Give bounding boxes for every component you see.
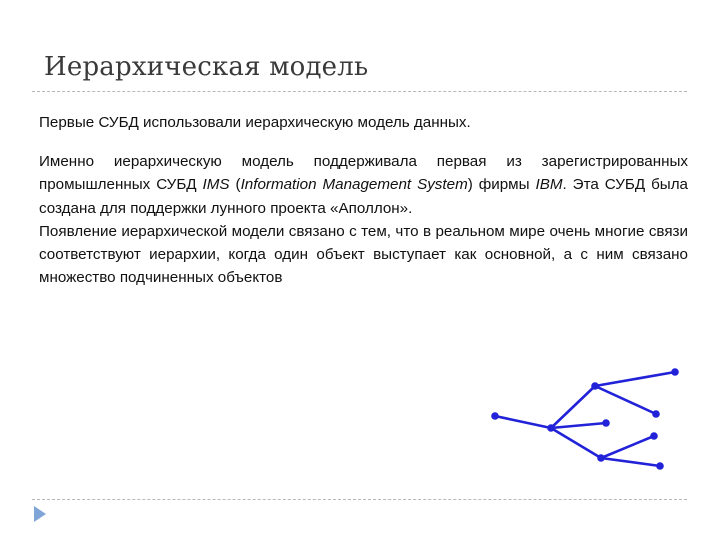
diagram-edge — [601, 436, 654, 458]
diagram-node — [671, 368, 679, 376]
bullet-arrow-icon — [34, 506, 46, 522]
diagram-edge — [551, 386, 595, 428]
footer-divider — [32, 499, 687, 500]
diagram-edge — [595, 386, 656, 414]
diagram-node — [652, 410, 660, 418]
slide: Иерархическая модель Первые СУБД использ… — [0, 0, 720, 540]
diagram-node — [656, 462, 664, 470]
diagram-node — [591, 382, 599, 390]
diagram-node — [597, 454, 605, 462]
diagram-edge — [601, 458, 660, 466]
diagram-nodes — [491, 368, 679, 470]
diagram-node — [491, 412, 499, 420]
diagram-edge — [495, 416, 551, 428]
diagram-edge — [551, 428, 601, 458]
diagram-edge — [595, 372, 675, 386]
diagram-edges — [495, 372, 675, 466]
diagram-edge — [551, 423, 606, 428]
diagram-node — [547, 424, 555, 432]
hierarchy-diagram — [0, 0, 720, 540]
diagram-node — [650, 432, 658, 440]
diagram-node — [602, 419, 610, 427]
